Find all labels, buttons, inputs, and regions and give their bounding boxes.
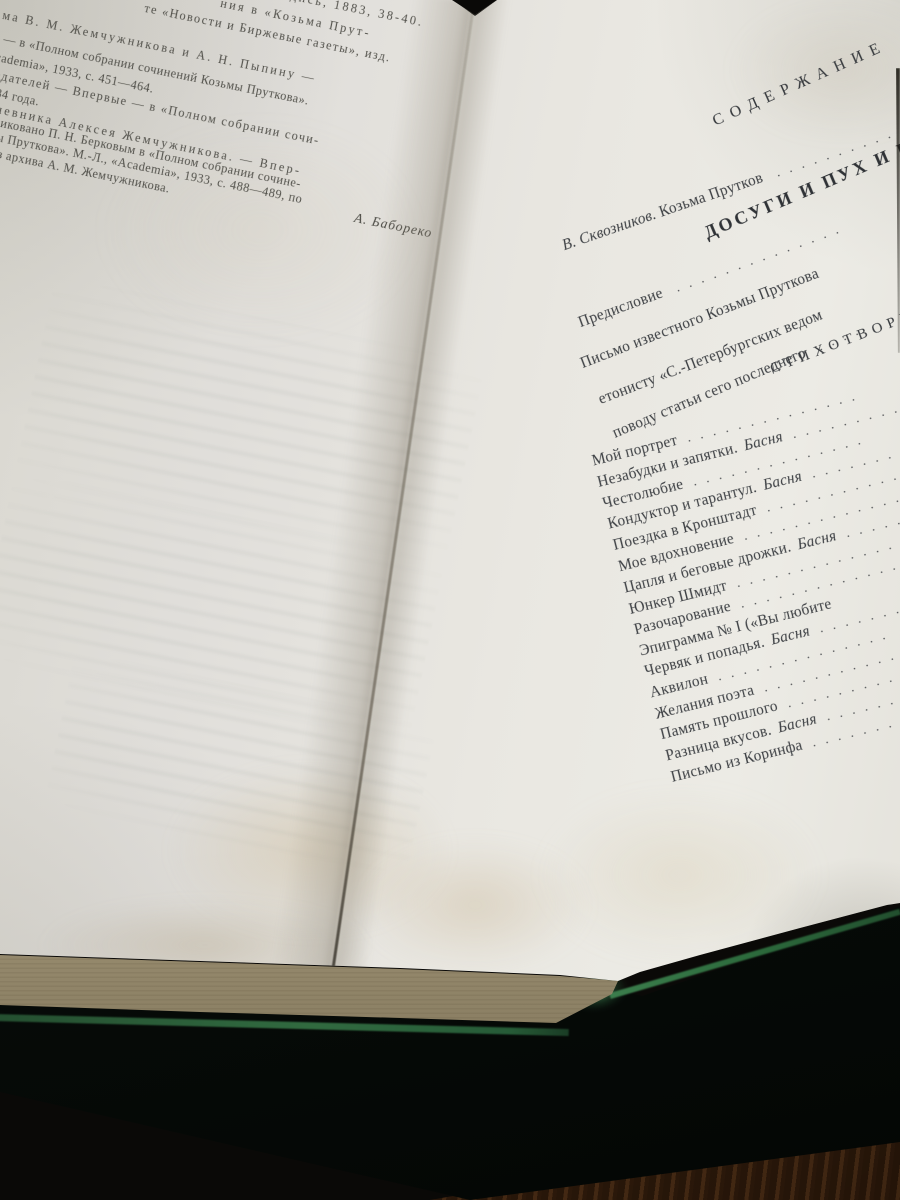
- paper-stain: [540, 790, 820, 960]
- byline-author: В. Сквозников.: [560, 206, 659, 254]
- toc-entry-title: Предисловие: [576, 285, 665, 331]
- author-signature: А. Бабореко: [353, 210, 434, 242]
- gutter-crease: [328, 0, 477, 992]
- book-photo: одись, 1883, 38-40. ния в «Козьма Прут- …: [0, 0, 900, 1200]
- gutter-shadow: [267, 0, 474, 998]
- paper-stain: [360, 840, 590, 970]
- bleed-through-text: [12, 275, 486, 573]
- gutter-shadow: [331, 0, 510, 994]
- bleed-through-text: [43, 650, 437, 881]
- page-edge-shadow: [894, 68, 900, 353]
- page-shadow: [0, 600, 500, 1000]
- bleed-through-text: [0, 470, 446, 749]
- paper-stain: [170, 765, 450, 935]
- gutter-top-notch: [450, 0, 500, 16]
- contents-title: СОДЕРЖАНИЕ: [710, 37, 890, 130]
